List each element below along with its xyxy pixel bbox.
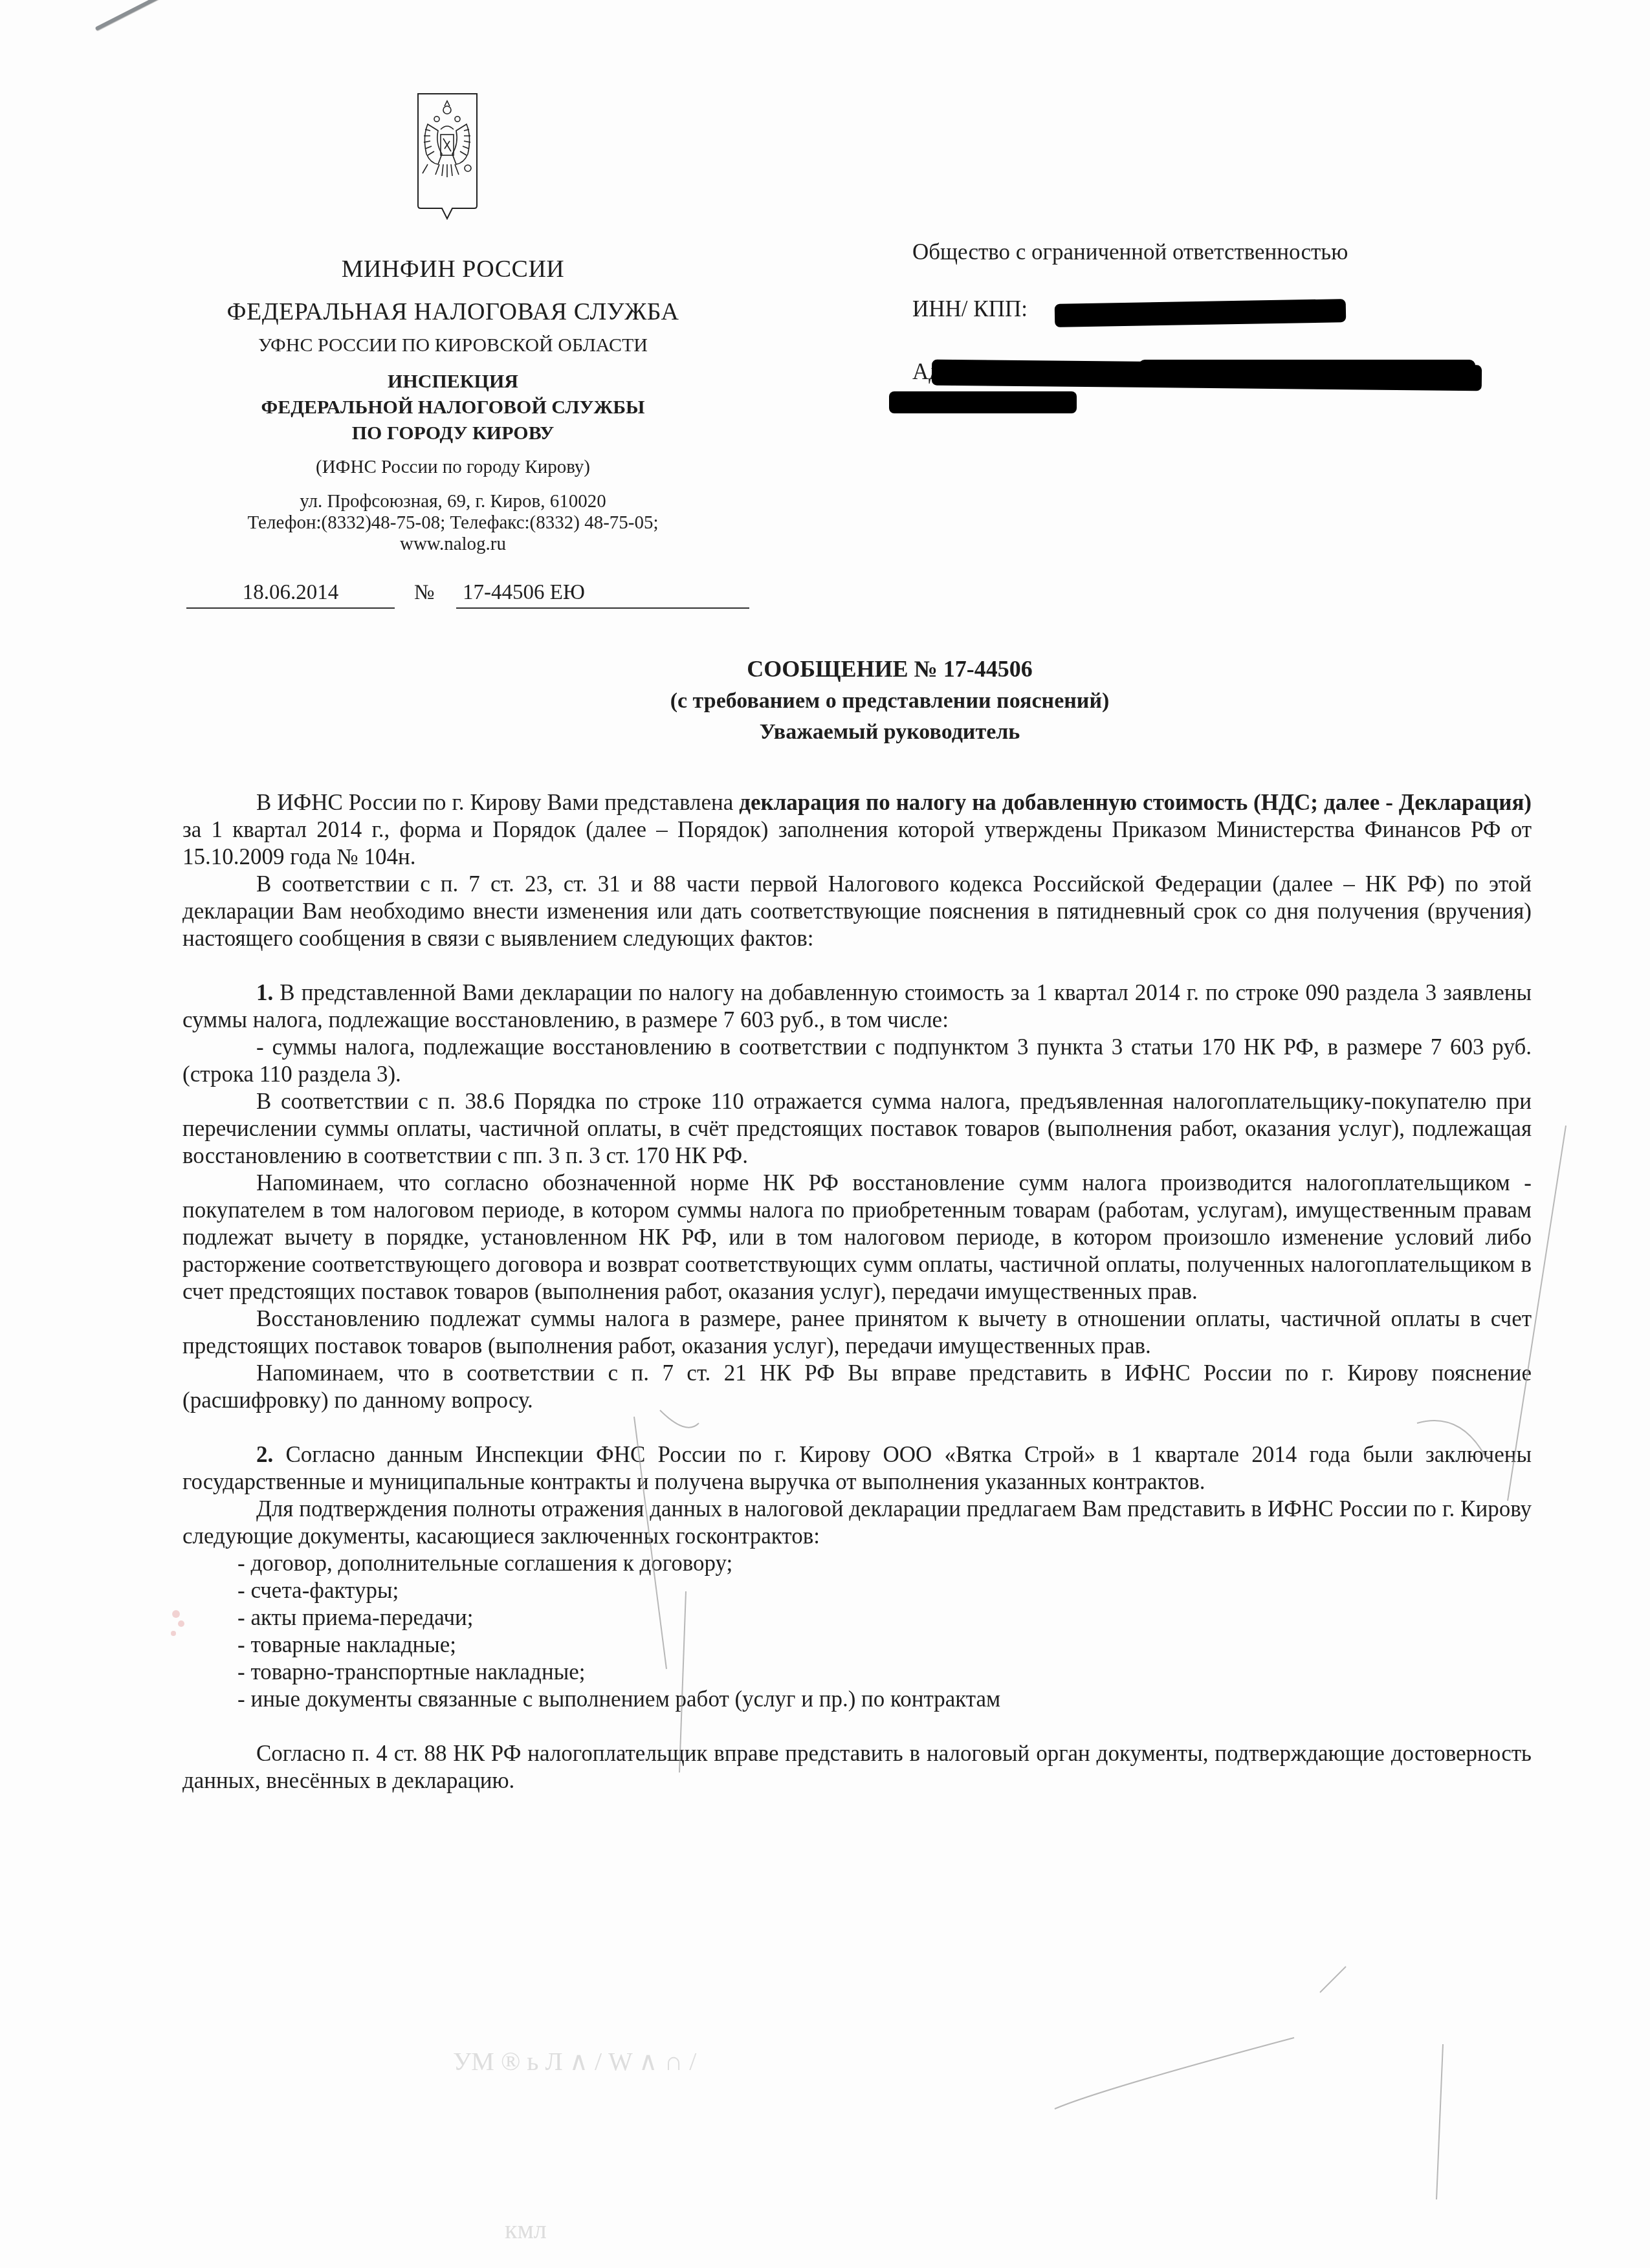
item-1: 1. В представленной Вами декларации по н… <box>182 979 1532 1034</box>
document-list-item: - договор, дополнительные соглашения к д… <box>182 1550 1532 1577</box>
greeting: Уважаемый руководитель <box>194 720 1585 745</box>
document-list-item: - товарно-транспортные накладные; <box>182 1659 1532 1686</box>
staple-mark <box>95 0 162 31</box>
inspection-line: ПО ГОРОДУ КИРОВУ <box>188 420 718 446</box>
inspection-website: www.nalog.ru <box>188 534 718 555</box>
inspection-address: ул. Профсоюзная, 69, г. Киров, 610020 <box>188 491 718 512</box>
svg-text:УМ ® ь Л ∧ / W: УМ ® ь Л ∧ / W ∧ ∩ / <box>453 2047 697 2076</box>
inspection-line: ИНСПЕКЦИЯ <box>188 369 718 395</box>
intro-paragraph-1: В ИФНС России по г. Кирову Вами представ… <box>182 789 1532 871</box>
message-title: СООБЩЕНИЕ № 17-44506 <box>194 655 1585 682</box>
recipient-org-type: Общество с ограниченной ответственностью <box>912 239 1348 265</box>
item-1-subpoint: - суммы налога, подлежащие восстановлени… <box>182 1034 1532 1088</box>
inspection-line: ФЕДЕРАЛЬНОЙ НАЛОГОВОЙ СЛУЖБЫ <box>188 395 718 420</box>
svg-text:кмл: кмл <box>505 2215 547 2244</box>
letter-body: В ИФНС России по г. Кирову Вами представ… <box>182 789 1532 1794</box>
closing-paragraph: Согласно п. 4 ст. 88 НК РФ налогоплатель… <box>182 1740 1532 1794</box>
item-1-paragraph-5: Напоминаем, что в соответствии с п. 7 ст… <box>182 1360 1532 1414</box>
document-list-item: - акты приема-передачи; <box>182 1604 1532 1631</box>
item-1-paragraph-3: Напоминаем, что согласно обозначенной но… <box>182 1170 1532 1305</box>
ministry-name: МИНФИН РОССИИ <box>188 255 718 283</box>
message-subtitle: (с требованием о представлении пояснений… <box>194 689 1585 714</box>
redaction-inn <box>1055 299 1347 327</box>
item-1-paragraph-2: В соответствии с п. 38.6 Порядка по стро… <box>182 1088 1532 1170</box>
redaction-address-stroke <box>1139 360 1475 371</box>
item-number: 1. <box>256 980 273 1005</box>
regional-office: УФНС РОССИИ ПО КИРОВСКОЙ ОБЛАСТИ <box>188 334 718 356</box>
item-number: 2. <box>256 1442 273 1467</box>
inspection-contacts: ул. Профсоюзная, 69, г. Киров, 610020 Те… <box>188 491 718 555</box>
document-list-item: - иные документы связанные с выполнением… <box>182 1686 1532 1713</box>
service-name: ФЕДЕРАЛЬНАЯ НАЛОГОВАЯ СЛУЖБА <box>188 298 718 326</box>
item-1-paragraph-4: Восстановлению подлежат суммы налога в р… <box>182 1305 1532 1360</box>
inn-label: ИНН/ КПП: <box>912 296 1028 322</box>
inspection-abbreviation: (ИФНС России по городу Кирову) <box>188 457 718 478</box>
letter-number: 17-44506 ЕЮ <box>456 581 749 609</box>
inspection-name: ИНСПЕКЦИЯ ФЕДЕРАЛЬНОЙ НАЛОГОВОЙ СЛУЖБЫ П… <box>188 369 718 446</box>
recipient-inn: ИНН/ КПП: <box>912 296 1028 322</box>
coat-of-arms-icon <box>416 92 479 220</box>
item-2-paragraph-2: Для подтверждения полноты отражения данн… <box>182 1496 1532 1550</box>
document-list-item: - товарные накладные; <box>182 1631 1532 1659</box>
intro-paragraph-2: В соответствии с п. 7 ст. 23, ст. 31 и 8… <box>182 871 1532 952</box>
item-2: 2. Согласно данным Инспекции ФНС России … <box>182 1441 1532 1496</box>
number-sign: № <box>414 581 435 605</box>
redaction-address-line2 <box>889 391 1077 413</box>
document-list-item: - счета-фактуры; <box>182 1577 1532 1604</box>
letter-date: 18.06.2014 <box>186 581 395 609</box>
inspection-phones: Телефон:(8332)48-75-08; Телефакс:(8332) … <box>188 512 718 534</box>
